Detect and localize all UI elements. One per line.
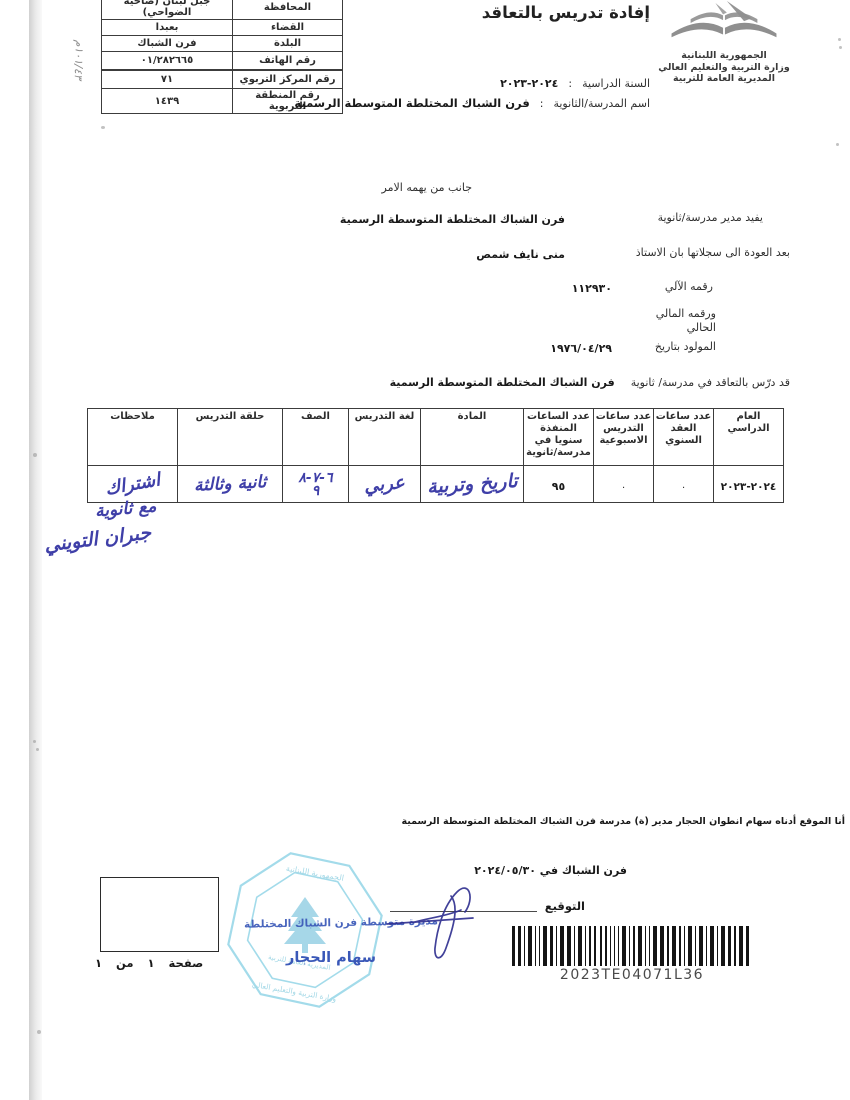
info-label: المحافظة — [233, 0, 343, 20]
empty-photo-box — [100, 877, 219, 952]
ministry-line-ministry: وزارة التربية والتعليم العالي — [648, 62, 800, 74]
col-header-weekly-hours: عدد ساعات التدريس الاسبوعية — [594, 409, 654, 466]
official-octagon-stamp-icon: الجمهورية اللبنانية وزارة التربية والتعل… — [205, 845, 410, 1017]
info-value: ٠١/٢٨٢٦٦٥ — [102, 52, 233, 71]
scan-artifact — [37, 1030, 41, 1034]
academic-year-value: ٢٠٢٤-٢٠٢٣ — [500, 77, 558, 90]
info-label: البلدة — [233, 36, 343, 52]
table-row: رقم الهاتف ٠١/٢٨٢٦٦٥ — [102, 52, 343, 71]
table-header-row: العام الدراسي عدد ساعات العقد السنوي عدد… — [88, 409, 784, 466]
birth-date-value: ١٩٧٦/٠٤/٢٩ — [550, 342, 612, 355]
col-header-language: لغة التدريس — [349, 409, 421, 466]
colon: : — [540, 97, 544, 110]
info-label: رقم المركز التربوي — [233, 70, 343, 89]
scan-artifact — [36, 748, 39, 751]
handwritten-notes-continuation-2: جبران التويني — [43, 522, 152, 557]
executed-hours-value: ٩٥ — [552, 480, 565, 493]
birth-date-label: المولود بتاريخ — [655, 340, 716, 353]
info-value: بعبدا — [102, 20, 233, 36]
table-row: البلدة فرن الشباك — [102, 36, 343, 52]
to-whom-it-may-concern: جانب من يهمه الامر — [382, 181, 472, 194]
handwritten-notes-continuation-1: مع ثانوية — [94, 496, 157, 521]
table-data-row: ٢٠٢٤-٢٠٢٣ ٠ ٠ ٩٥ تاريخ وتربية عربي ٦-٧-٨… — [88, 466, 784, 503]
stamp-name-text: سهام الحجار — [286, 950, 376, 966]
taught-label: قد درّس بالتعاقد في مدرسة/ ثانوية — [631, 376, 790, 389]
declaration-line: أنا الموقع أدناه سهام انطوان الحجار مدير… — [402, 816, 845, 827]
col-header-cycle: حلقة التدريس — [178, 409, 283, 466]
year-value: ٢٠٢٤-٢٠٢٣ — [721, 481, 777, 493]
info-value: ٧١ — [102, 70, 233, 89]
col-header-executed-hours: عدد الساعات المنفذة سنويا في مدرسة/ثانوي… — [524, 409, 594, 466]
financial-number-label-1: ورقمه المالي — [656, 307, 716, 320]
handwritten-grades-2: ٩ — [284, 485, 347, 498]
document-title: إفادة تدريس بالتعاقد — [482, 3, 650, 22]
open-book-logo-icon — [662, 0, 786, 46]
academic-year-label: السنة الدراسية — [582, 77, 650, 90]
auto-number-label: رقمه الآلي — [665, 280, 713, 293]
col-header-year: العام الدراسي — [714, 409, 784, 466]
teaching-hours-table: العام الدراسي عدد ساعات العقد السنوي عدد… — [87, 408, 784, 503]
handwritten-language: عربي — [363, 471, 406, 496]
handwritten-subject: تاريخ وتربية — [426, 470, 518, 498]
scanned-document-page: الجمهورية اللبنانية وزارة التربية والتعل… — [0, 0, 850, 1100]
barcode-bars — [512, 926, 750, 966]
scan-artifact — [839, 46, 842, 49]
table-row: رقم المركز التربوي ٧١ — [102, 70, 343, 89]
col-header-annual-contract-hours: عدد ساعات العقد السنوي — [654, 409, 714, 466]
records-label: بعد العودة الى سجلاتها بان الاستاذ — [636, 246, 790, 259]
barcode: 2023TE04071L36 — [512, 926, 752, 983]
ministry-line-directorate: المديرية العامة للتربية — [648, 73, 800, 85]
signature-label: التوقيع — [545, 899, 585, 913]
school-name-value: فرن الشباك المختلطة المتوسطة الرسمية — [294, 96, 529, 110]
scan-artifact — [33, 453, 37, 457]
scan-artifact — [838, 38, 841, 41]
scan-edge-shadow — [29, 0, 42, 1100]
page-number-label: صفحة ١ من ١ — [95, 956, 203, 970]
col-header-notes: ملاحظات — [88, 409, 178, 466]
scan-artifact — [836, 143, 839, 146]
school-name-line: اسم المدرسة/الثانوية : فرن الشباك المختل… — [294, 96, 650, 110]
table-row: المحافظة جبل لبنان (ضاحية الضواحي) — [102, 0, 343, 20]
handwritten-cycle: ثانية وثالثة — [193, 472, 266, 496]
annual-contract-hours-value: ٠ — [681, 482, 686, 493]
taught-line: قد درّس بالتعاقد في مدرسة/ ثانوية فرن ال… — [390, 376, 790, 389]
taught-school-value: فرن الشباك المختلطة المتوسطة الرسمية — [390, 376, 615, 389]
info-value: جبل لبنان (ضاحية الضواحي) — [102, 0, 233, 20]
certify-school-value: فرن الشباك المختلطة المتوسطة الرسمية — [340, 213, 565, 226]
info-value: ١٤٣٩ — [102, 89, 233, 114]
ministry-line-republic: الجمهورية اللبنانية — [648, 50, 800, 62]
info-label: رقم الهاتف — [233, 52, 343, 71]
financial-number-label-2: الحالي — [687, 321, 716, 334]
info-label: القضاء — [233, 20, 343, 36]
stamp-arc-text-top: الجمهورية اللبنانية — [285, 864, 344, 883]
colon: : — [568, 77, 572, 90]
col-header-grade: الصف — [283, 409, 349, 466]
teacher-name-value: منى نايف شمص — [476, 248, 565, 261]
auto-number-value: ١١٢٩٣٠ — [572, 282, 612, 295]
certify-label: يفيد مدير مدرسة/ثانوية — [658, 211, 763, 224]
scan-artifact — [33, 740, 36, 743]
handwritten-signature-icon — [385, 868, 500, 968]
barcode-text: 2023TE04071L36 — [512, 967, 752, 983]
weekly-hours-value: ٠ — [621, 482, 626, 493]
handwritten-notes: اشتراك — [103, 469, 161, 499]
col-header-subject: المادة — [421, 409, 524, 466]
scan-artifact — [101, 126, 105, 129]
academic-year-line: السنة الدراسية : ٢٠٢٤-٢٠٢٣ — [500, 77, 650, 90]
ministry-header: الجمهورية اللبنانية وزارة التربية والتعل… — [648, 0, 800, 85]
info-value: فرن الشباك — [102, 36, 233, 52]
school-name-label: اسم المدرسة/الثانوية — [553, 97, 650, 110]
table-row: القضاء بعبدا — [102, 20, 343, 36]
handwritten-margin-note: ١٠١/٤٣م — [72, 40, 86, 80]
